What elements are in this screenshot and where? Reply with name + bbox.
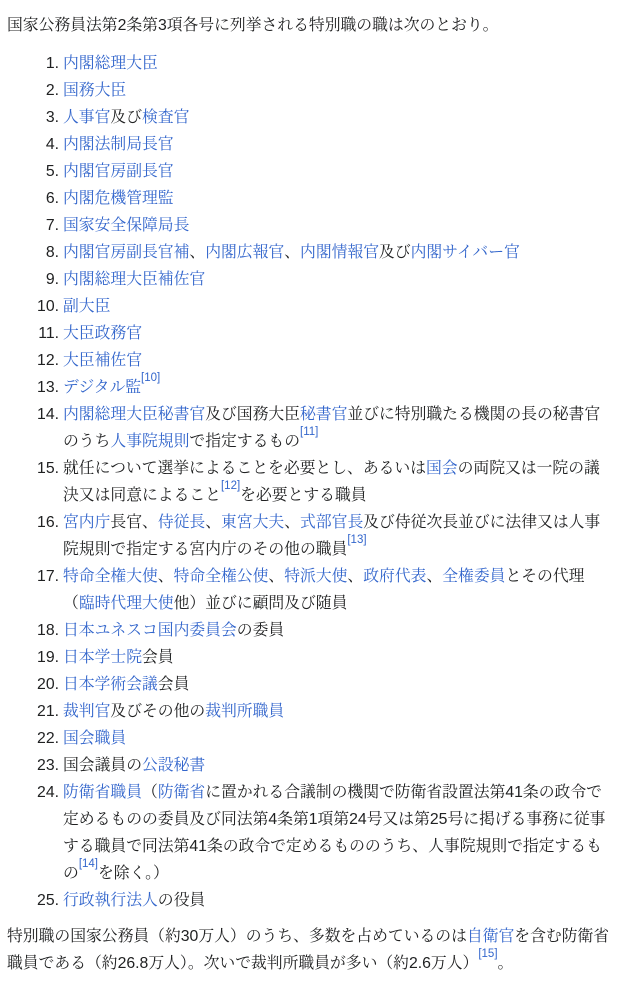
text-run: 及び xyxy=(110,109,142,126)
list-number: 7. xyxy=(46,212,63,239)
list-item: 2.国務大臣 xyxy=(63,77,611,104)
list-item: 10.副大臣 xyxy=(63,293,611,320)
wiki-link[interactable]: 内閣法制局長官 xyxy=(63,136,174,153)
wiki-link[interactable]: 内閣広報官 xyxy=(205,244,284,261)
list-number: 25. xyxy=(37,887,63,914)
text-run: を必要とする職員 xyxy=(240,487,366,504)
text-run: 特別職の国家公務員（約30万人）のうち、多数を占めているのは xyxy=(7,928,467,945)
list-number: 3. xyxy=(46,104,63,131)
list-item: 16.宮内庁長官、侍従長、東宮大夫、式部官長及び侍従次長並びに法律又は人事院規則… xyxy=(63,509,611,563)
list-number: 16. xyxy=(37,509,63,536)
list-number: 11. xyxy=(38,320,63,347)
text-run: を除く。） xyxy=(98,865,169,882)
wiki-link[interactable]: 日本学術会議 xyxy=(63,676,158,693)
list-number: 4. xyxy=(46,131,63,158)
wiki-link[interactable]: 国務大臣 xyxy=(63,82,126,99)
wiki-link[interactable]: 特命全権公使 xyxy=(174,568,269,585)
reference-link[interactable]: [12] xyxy=(221,480,240,492)
wiki-link[interactable]: 国会職員 xyxy=(63,730,126,747)
text-run: の委員 xyxy=(237,622,284,639)
list-number: 22. xyxy=(37,725,63,752)
text-run: （ xyxy=(142,784,158,801)
list-item: 24.防衛省職員（防衛省に置かれる合議制の機関で防衛省設置法第41条の政令で定め… xyxy=(63,779,611,887)
text-run: の役員 xyxy=(158,892,205,909)
list-item: 23.国会議員の公設秘書 xyxy=(63,752,611,779)
list-item: 3.人事官及び検査官 xyxy=(63,104,611,131)
reference-sup: [13] xyxy=(347,534,366,546)
footer-paragraph: 特別職の国家公務員（約30万人）のうち、多数を占めているのは自衛官を含む防衛省職… xyxy=(7,923,611,977)
reference-link[interactable]: [13] xyxy=(347,534,366,546)
wiki-link[interactable]: 内閣総理大臣補佐官 xyxy=(63,271,205,288)
wiki-link[interactable]: 防衛省 xyxy=(158,784,205,801)
reference-link[interactable]: [14] xyxy=(79,858,98,870)
wiki-link[interactable]: 裁判所職員 xyxy=(205,703,284,720)
wiki-link[interactable]: 内閣危機管理監 xyxy=(63,190,174,207)
wiki-link[interactable]: 行政執行法人 xyxy=(63,892,158,909)
reference-link[interactable]: [15] xyxy=(478,948,497,960)
wiki-link[interactable]: 国家安全保障局長 xyxy=(63,217,189,234)
list-number: 12. xyxy=(37,347,63,374)
text-run: 会員 xyxy=(158,676,190,693)
text-run: 、 xyxy=(426,568,442,585)
list-item: 4.内閣法制局長官 xyxy=(63,131,611,158)
list-number: 13. xyxy=(37,374,63,401)
wiki-link[interactable]: 公設秘書 xyxy=(142,757,205,774)
wiki-link[interactable]: 裁判官 xyxy=(63,703,110,720)
list-number: 21. xyxy=(37,698,63,725)
wiki-link[interactable]: 秘書官 xyxy=(300,406,347,423)
text-run: 、 xyxy=(268,568,284,585)
wiki-link[interactable]: 人事院規則 xyxy=(110,433,189,450)
text-run: 、 xyxy=(284,244,300,261)
wiki-link[interactable]: 内閣官房副長官 xyxy=(63,163,174,180)
wiki-link[interactable]: 内閣サイバー官 xyxy=(411,244,520,261)
list-item: 18.日本ユネスコ国内委員会の委員 xyxy=(63,617,611,644)
reference-sup: [11] xyxy=(300,426,318,438)
text-run: で指定するもの xyxy=(189,433,300,450)
list-item: 21.裁判官及びその他の裁判所職員 xyxy=(63,698,611,725)
article-content: 国家公務員法第2条第3項各号に列挙される特別職の職は次のとおり。 1.内閣総理大… xyxy=(0,0,619,977)
wiki-link[interactable]: 東宮大夫 xyxy=(221,514,284,531)
list-item: 17.特命全権大使、特命全権公使、特派大使、政府代表、全権委員とその代理（臨時代… xyxy=(63,563,611,617)
wiki-link[interactable]: 大臣補佐官 xyxy=(63,352,142,369)
text-run: 国会議員の xyxy=(63,757,142,774)
list-item: 25.行政執行法人の役員 xyxy=(63,887,611,914)
wiki-link[interactable]: 臨時代理大使 xyxy=(79,595,174,612)
text-run: 及び xyxy=(379,244,411,261)
list-number: 23. xyxy=(37,752,63,779)
wiki-link[interactable]: 侍従長 xyxy=(158,514,205,531)
list-item: 8.内閣官房副長官補、内閣広報官、内閣情報官及び内閣サイバー官 xyxy=(63,239,611,266)
text-run: 長官、 xyxy=(110,514,157,531)
list-item: 5.内閣官房副長官 xyxy=(63,158,611,185)
wiki-link[interactable]: デジタル監 xyxy=(63,379,141,396)
list-number: 9. xyxy=(46,266,63,293)
text-run: 、 xyxy=(189,244,205,261)
text-run: 、 xyxy=(205,514,221,531)
list-item: 13.デジタル監[10] xyxy=(63,374,611,401)
list-item: 22.国会職員 xyxy=(63,725,611,752)
wiki-link[interactable]: 宮内庁 xyxy=(63,514,110,531)
list-number: 14. xyxy=(37,401,63,428)
list-number: 18. xyxy=(37,617,63,644)
list-number: 10. xyxy=(37,293,63,320)
wiki-link[interactable]: 国会 xyxy=(426,460,458,477)
wiki-link[interactable]: 日本学士院 xyxy=(63,649,142,666)
text-run: 。 xyxy=(498,955,514,972)
text-run: 他）並びに顧問及び随員 xyxy=(174,595,348,612)
wiki-link[interactable]: 副大臣 xyxy=(63,298,110,315)
list-item: 7.国家安全保障局長 xyxy=(63,212,611,239)
list-item: 1.内閣総理大臣 xyxy=(63,50,611,77)
text-run: 及びその他の xyxy=(110,703,205,720)
reference-link[interactable]: [11] xyxy=(300,426,318,438)
text-run: 及び国務大臣 xyxy=(205,406,300,423)
special-positions-list: 1.内閣総理大臣2.国務大臣3.人事官及び検査官4.内閣法制局長官5.内閣官房副… xyxy=(7,50,611,914)
wiki-link[interactable]: 自衛官 xyxy=(467,928,514,945)
wiki-link[interactable]: 内閣情報官 xyxy=(300,244,379,261)
wiki-link[interactable]: 全権委員 xyxy=(442,568,505,585)
reference-sup: [15] xyxy=(478,948,497,960)
wiki-link[interactable]: 防衛省職員 xyxy=(63,784,142,801)
text-run: 会員 xyxy=(142,649,174,666)
wiki-link[interactable]: 内閣官房副長官補 xyxy=(63,244,189,261)
list-number: 2. xyxy=(46,77,63,104)
list-item: 6.内閣危機管理監 xyxy=(63,185,611,212)
reference-sup: [14] xyxy=(79,858,98,870)
reference-link[interactable]: [10] xyxy=(141,372,160,384)
list-item: 11.大臣政務官 xyxy=(63,320,611,347)
list-number: 15. xyxy=(37,455,63,482)
wiki-link[interactable]: 検査官 xyxy=(142,109,189,126)
wiki-link[interactable]: 大臣政務官 xyxy=(63,325,142,342)
reference-sup: [10] xyxy=(141,372,160,384)
list-item: 12.大臣補佐官 xyxy=(63,347,611,374)
list-item: 9.内閣総理大臣補佐官 xyxy=(63,266,611,293)
list-item: 20.日本学術会議会員 xyxy=(63,671,611,698)
list-number: 24. xyxy=(37,779,63,806)
text-run: 、 xyxy=(158,568,174,585)
wiki-link[interactable]: 日本ユネスコ国内委員会 xyxy=(63,622,237,639)
text-run: 就任について選挙によることを必要とし、あるいは xyxy=(63,460,426,477)
list-number: 1. xyxy=(46,50,63,77)
list-item: 19.日本学士院会員 xyxy=(63,644,611,671)
list-number: 17. xyxy=(37,563,63,590)
list-item: 14.内閣総理大臣秘書官及び国務大臣秘書官並びに特別職たる機関の長の秘書官のうち… xyxy=(63,401,611,455)
wiki-link[interactable]: 内閣総理大臣秘書官 xyxy=(63,406,205,423)
wiki-link[interactable]: 式部官長 xyxy=(300,514,363,531)
text-run: 、 xyxy=(284,514,300,531)
reference-sup: [12] xyxy=(221,480,240,492)
intro-paragraph: 国家公務員法第2条第3項各号に列挙される特別職の職は次のとおり。 xyxy=(7,12,611,39)
list-number: 8. xyxy=(46,239,63,266)
wiki-link[interactable]: 政府代表 xyxy=(363,568,426,585)
wiki-link[interactable]: 特派大使 xyxy=(284,568,347,585)
list-number: 6. xyxy=(46,185,63,212)
text-run: 、 xyxy=(347,568,363,585)
wiki-link[interactable]: 特命全権大使 xyxy=(63,568,158,585)
list-item: 15.就任について選挙によることを必要とし、あるいは国会の両院又は一院の議決又は… xyxy=(63,455,611,509)
list-number: 19. xyxy=(37,644,63,671)
list-number: 20. xyxy=(37,671,63,698)
wiki-link[interactable]: 人事官 xyxy=(63,109,110,126)
list-number: 5. xyxy=(46,158,63,185)
wiki-link[interactable]: 内閣総理大臣 xyxy=(63,55,158,72)
